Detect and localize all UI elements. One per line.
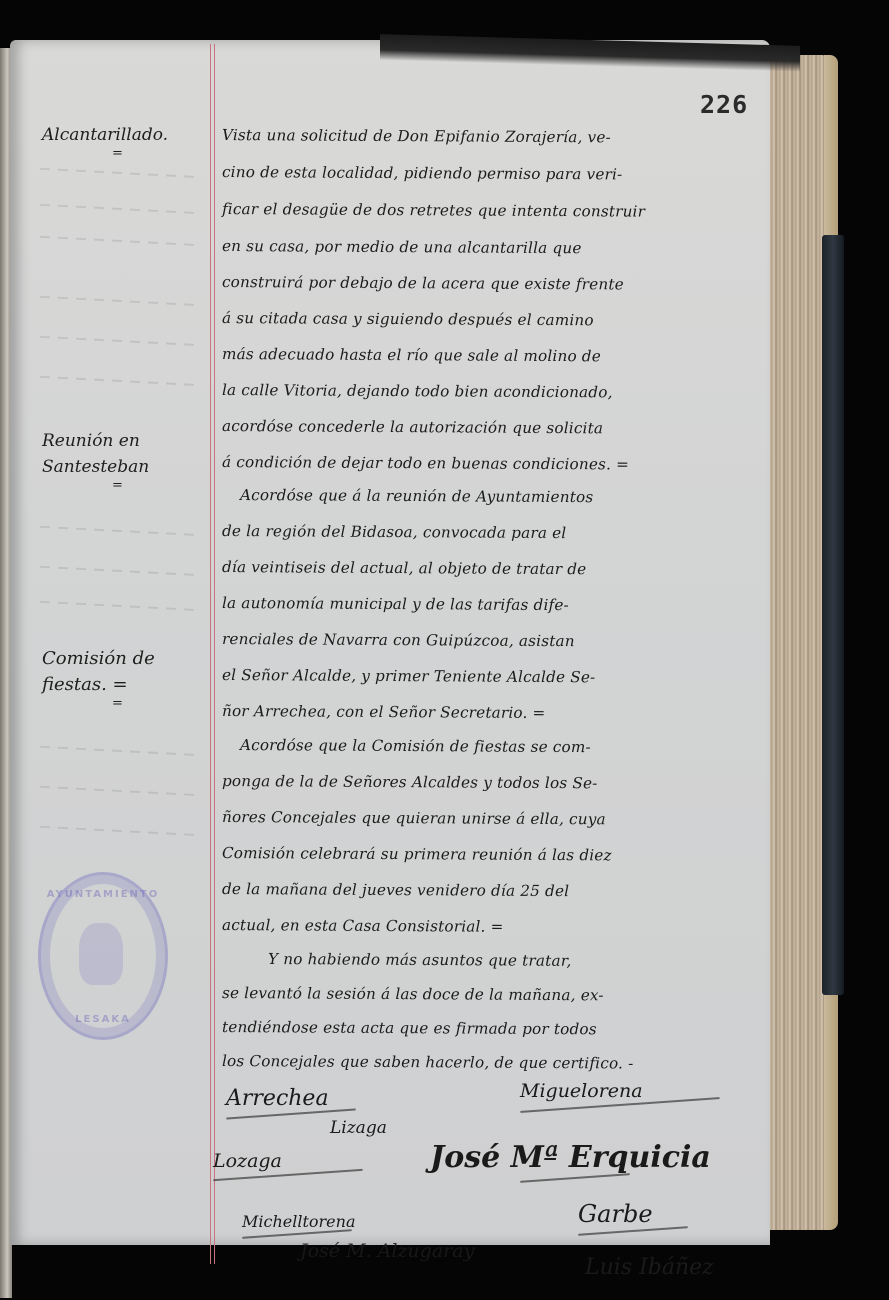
signature: Miguelorena [520, 1080, 720, 1106]
body-line: Acordóse que la Comisión de fiestas se c… [240, 736, 760, 757]
body-line: más adecuado hasta el río que sale al mo… [222, 345, 762, 366]
body-line: Vista una solicitud de Don Epifanio Zora… [222, 126, 762, 147]
body-line: de la mañana del jueves venidero día 25 … [222, 880, 762, 901]
signature: Luis Ibáñez [585, 1255, 714, 1280]
body-line: día veintiseis del actual, al objeto de … [222, 558, 762, 579]
stamp-bottom-text: LESAKA [41, 1014, 165, 1025]
signature: Lozaga [213, 1150, 363, 1176]
municipal-seal-stamp: AYUNTAMIENTO LESAKA [38, 872, 168, 1040]
margin-note-mark: = [42, 148, 207, 160]
body-line: tendiéndose esta acta que es firmada por… [222, 1018, 762, 1039]
signature: José Mª Erquicia [430, 1140, 711, 1179]
signature: Arrechea [226, 1086, 356, 1115]
book-fore-edge [770, 55, 828, 1230]
book-cover-edge [822, 235, 844, 995]
body-line: la calle Vitoria, dejando todo bien acon… [222, 381, 762, 402]
body-line: el Señor Alcalde, y primer Teniente Alca… [222, 666, 762, 687]
body-line: los Concejales que saben hacerlo, de que… [222, 1052, 762, 1073]
margin-rule-line [210, 44, 211, 1264]
coat-of-arms-icon [79, 923, 123, 985]
margin-note-subtitle: Santesteban [42, 454, 207, 480]
body-line: á condición de dejar todo en buenas cond… [222, 453, 762, 474]
stamp-top-text: AYUNTAMIENTO [41, 889, 165, 900]
margin-note-alcantarillado: Alcantarillado. = [42, 122, 207, 160]
body-line: acordóse concederle la autorización que … [222, 417, 762, 438]
body-line: construirá por debajo de la acera que ex… [222, 273, 762, 294]
margin-note-title: Comisión de [42, 646, 207, 672]
body-line: Comisión celebrará su primera reunión á … [222, 844, 762, 865]
body-line: actual, en esta Casa Consistorial. = [222, 916, 762, 937]
body-line: cino de esta localidad, pidiendo permiso… [222, 163, 762, 184]
margin-note-comision-fiestas: Comisión de fiestas. = = [42, 646, 207, 710]
margin-note-title: Reunión en [42, 428, 207, 454]
body-line: de la región del Bidasoa, convocada para… [222, 522, 762, 543]
body-line: ponga de la de Señores Alcaldes y todos … [222, 772, 762, 793]
body-line: Y no habiendo más asuntos que tratar, [268, 950, 768, 971]
margin-rule-line [214, 44, 215, 1264]
signature: José M. Alzugaray [300, 1240, 474, 1262]
margin-note-mark: = [42, 698, 207, 710]
body-line: á su citada casa y siguiendo después el … [222, 309, 762, 330]
folio-number: 226 [700, 90, 748, 119]
signature: Garbe [578, 1200, 688, 1232]
signature: Michelltorena [242, 1212, 356, 1235]
body-line: renciales de Navarra con Guipúzcoa, asis… [222, 630, 762, 651]
body-line: ñores Concejales que quieran unirse á el… [222, 808, 762, 829]
body-line: se levantó la sesión á las doce de la ma… [222, 984, 762, 1005]
margin-note-mark: = [42, 480, 207, 492]
margin-note-title: Alcantarillado. [42, 125, 168, 145]
body-line: en su casa, por medio de una alcantarill… [222, 237, 762, 258]
body-line: la autonomía municipal y de las tarifas … [222, 594, 762, 615]
margin-note-reunion: Reunión en Santesteban = [42, 428, 207, 492]
body-line: ficar el desagüe de dos retretes que int… [222, 200, 762, 221]
margin-note-subtitle: fiestas. = [42, 672, 207, 698]
signature: Lizaga [330, 1118, 387, 1138]
body-line: Acordóse que á la reunión de Ayuntamient… [240, 486, 760, 507]
body-line: ñor Arrechea, con el Señor Secretario. = [222, 702, 762, 723]
